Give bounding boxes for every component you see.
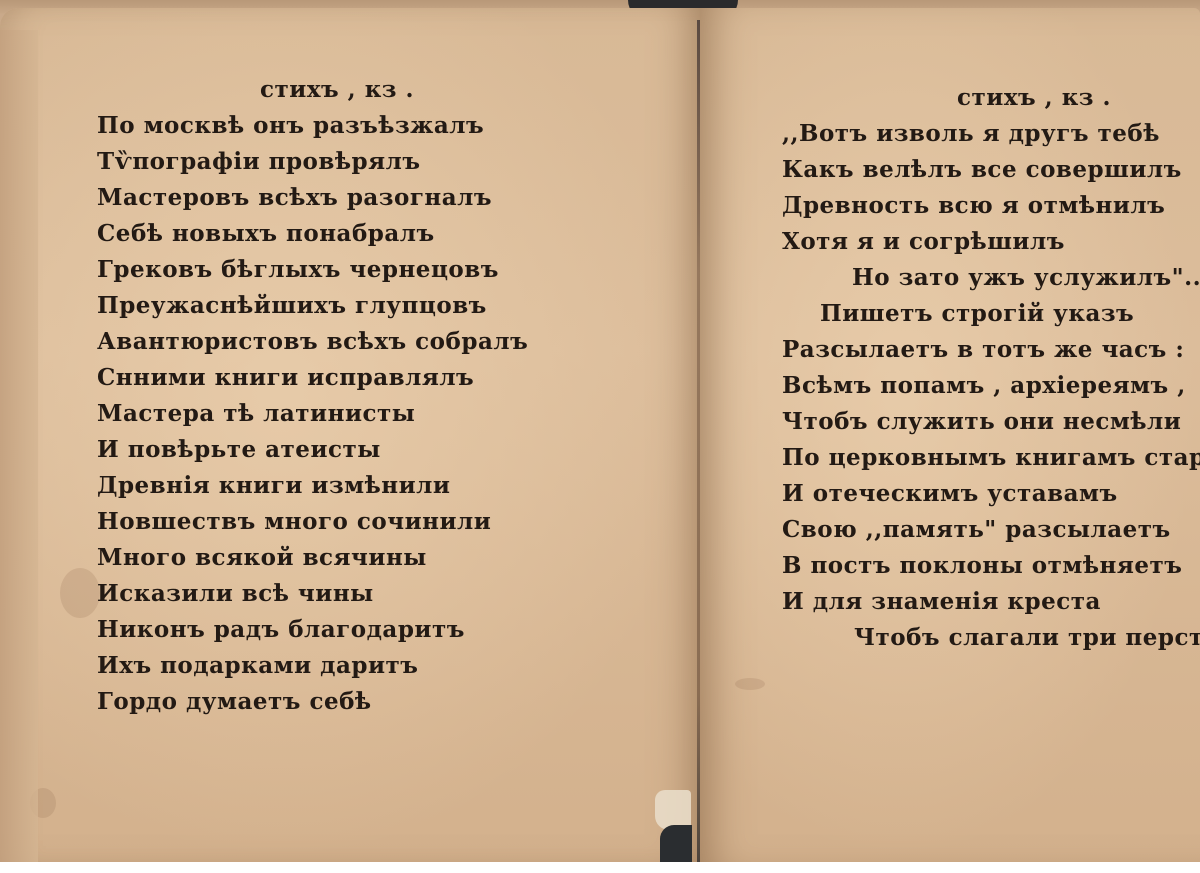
spine-damage-dark [660,825,692,862]
right-page-heading: стихъ , кз . [782,80,1200,116]
verse-line: Пишетъ строгій указъ [782,296,1200,332]
verse-line: Чтобъ служить они несмѣли [782,404,1200,440]
verse-line: Хотя я и согрѣшилъ [782,224,1200,260]
verse-line: Свою ,,память" разсылаетъ [782,512,1200,548]
verse-line: Никонъ радъ благодаритъ [97,612,528,648]
verse-line: Чтобъ слагали три перста . [782,620,1200,656]
verse-line: Исказили всѣ чины [97,576,528,612]
verse-line: Тѷпографіи провѣрялъ [97,144,528,180]
verse-line: В постъ поклоны отмѣняетъ [782,548,1200,584]
verse-line: По москвѣ онъ разъѣзжалъ [97,108,528,144]
verse-line: Себѣ новыхъ понабралъ [97,216,528,252]
verse-line: Но зато ужъ услужилъ"... [782,260,1200,296]
verse-line: Мастеровъ всѣхъ разогналъ [97,180,528,216]
right-page-text: стихъ , кз . ,,Вотъ изволь я другъ тебѣ … [782,80,1200,656]
verse-line: И отеческимъ уставамъ [782,476,1200,512]
paper-stain [735,678,765,690]
left-page-text: стихъ , кз . По москвѣ онъ разъѣзжалъ Тѷ… [97,72,528,720]
verse-line: Всѣмъ попамъ , архіереямъ , [782,368,1200,404]
left-page-edge [0,30,38,862]
verse-line: ,,Вотъ изволь я другъ тебѣ [782,116,1200,152]
verse-line: Гордо думаетъ себѣ [97,684,528,720]
verse-line: Новшествъ много сочинили [97,504,528,540]
verse-line: Древнія книги измѣнили [97,468,528,504]
verse-line: По церковнымъ книгамъ старымъ [782,440,1200,476]
verse-line: Снними книги исправлялъ [97,360,528,396]
book-scan: стихъ , кз . По москвѣ онъ разъѣзжалъ Тѷ… [0,0,1200,862]
verse-line: Много всякой всячины [97,540,528,576]
verse-line: Какъ велѣлъ все совершилъ [782,152,1200,188]
paper-stain [60,568,100,618]
verse-line: Древность всю я отмѣнилъ [782,188,1200,224]
spine-damage [655,790,691,830]
verse-line: Авантюристовъ всѣхъ собралъ [97,324,528,360]
verse-line: И повѣрьте атеисты [97,432,528,468]
verse-line: Разсылаетъ в тотъ же часъ : [782,332,1200,368]
verse-line: И для знаменія креста [782,584,1200,620]
verse-line: Ихъ подарками даритъ [97,648,528,684]
verse-line: Грековъ бѣглыхъ чернецовъ [97,252,528,288]
book-gutter [697,20,700,862]
verse-line: Мастера тѣ латинисты [97,396,528,432]
verse-line: Преужаснѣйшихъ глупцовъ [97,288,528,324]
left-page-heading: стихъ , кз . [97,72,528,108]
scan-margin [0,862,1200,873]
